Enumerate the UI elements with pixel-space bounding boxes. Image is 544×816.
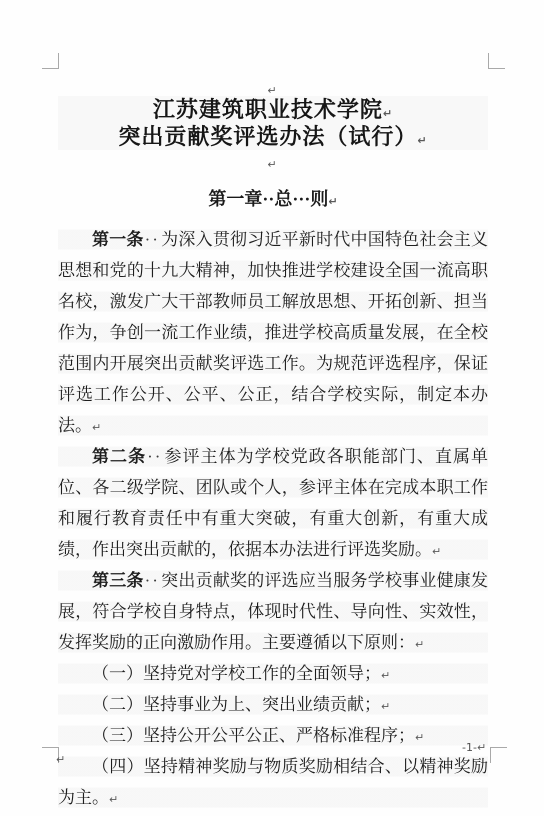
- title-line-1-text: 江苏建筑职业技术学院: [153, 97, 383, 122]
- paragraph-mark-icon: ↵: [0, 159, 544, 170]
- space-marks: ··: [146, 447, 163, 466]
- principle-item-2-text: （二）坚持事业为上、突出业绩贡献；: [92, 695, 381, 714]
- paragraph-mark-icon: ↵: [417, 134, 427, 147]
- paragraph-mark-icon: ↵: [381, 669, 390, 682]
- paragraph-mark-icon: ↵: [92, 421, 101, 434]
- space-marks: ··: [144, 571, 161, 590]
- space-marks: ··: [144, 230, 161, 249]
- principle-item-3-text: （三）坚持公开公平公正、严格标准程序；: [92, 726, 415, 745]
- paragraph-mark-icon: ↵: [0, 85, 544, 96]
- article-1-label: 第一条: [92, 230, 144, 249]
- chapter-heading: 第一章··总···则↵: [58, 188, 488, 210]
- principle-item-1-text: （一）坚持党对学校工作的全面领导；: [92, 664, 381, 683]
- paragraph-mark-icon: ↵: [415, 638, 424, 651]
- paragraph-mark-icon: ↵: [56, 754, 65, 765]
- title-line-2-text: 突出贡献奖评选办法（试行）: [118, 124, 417, 149]
- principle-item-4-text: （四）坚持精神奖励与物质奖励相结合、以精神奖励为主。: [58, 757, 488, 807]
- document-page: ↵ 江苏建筑职业技术学院↵ 突出贡献奖评选办法（试行）↵ ↵ 第一章··总···…: [0, 0, 544, 816]
- article-2-label: 第二条: [92, 447, 146, 466]
- paragraph-mark-icon: ↵: [383, 107, 393, 120]
- paragraph-mark-icon: ↵: [328, 195, 337, 208]
- paragraph-article-3: 第三条··突出贡献奖的评选应当服务学校事业健康发展，符合学校自身特点，体现时代性…: [58, 565, 488, 658]
- paragraph-mark-icon: ↵: [381, 700, 390, 713]
- title-line-2: 突出贡献奖评选办法（试行）↵: [58, 123, 488, 150]
- text-boundary-mark-top-right: [488, 53, 505, 69]
- text-boundary-mark-bottom-right: [490, 747, 507, 763]
- page-number-text: -1-: [462, 741, 477, 754]
- principle-item-4: （四）坚持精神奖励与物质奖励相结合、以精神奖励为主。↵: [58, 751, 488, 813]
- document-title: 江苏建筑职业技术学院↵ 突出贡献奖评选办法（试行）↵: [58, 96, 488, 150]
- paragraph-mark-icon: ↵: [477, 741, 486, 754]
- paragraph-mark-icon: ↵: [415, 731, 424, 744]
- chapter-heading-text: 第一章··总···则: [208, 189, 328, 209]
- principle-item-1: （一）坚持党对学校工作的全面领导；↵: [58, 658, 488, 689]
- article-1-text: 为深入贯彻习近平新时代中国特色社会主义思想和党的十九大精神，加快推进学校建设全国…: [58, 230, 488, 435]
- paragraph-article-2: 第二条··参评主体为学校党政各职能部门、直属单位、各二级学院、团队或个人，参评主…: [58, 441, 488, 565]
- page-number: -1-↵: [462, 741, 486, 754]
- article-3-label: 第三条: [92, 571, 144, 590]
- title-line-1: 江苏建筑职业技术学院↵: [58, 96, 488, 123]
- text-boundary-mark-top-left: [42, 53, 59, 69]
- paragraph-mark-icon: ↵: [432, 545, 441, 558]
- document-body: 第一条··为深入贯彻习近平新时代中国特色社会主义思想和党的十九大精神，加快推进学…: [58, 224, 488, 813]
- paragraph-mark-icon: ↵: [109, 793, 118, 806]
- paragraph-article-1: 第一条··为深入贯彻习近平新时代中国特色社会主义思想和党的十九大精神，加快推进学…: [58, 224, 488, 441]
- principle-item-2: （二）坚持事业为上、突出业绩贡献；↵: [58, 689, 488, 720]
- principle-item-3: （三）坚持公开公平公正、严格标准程序；↵: [58, 720, 488, 751]
